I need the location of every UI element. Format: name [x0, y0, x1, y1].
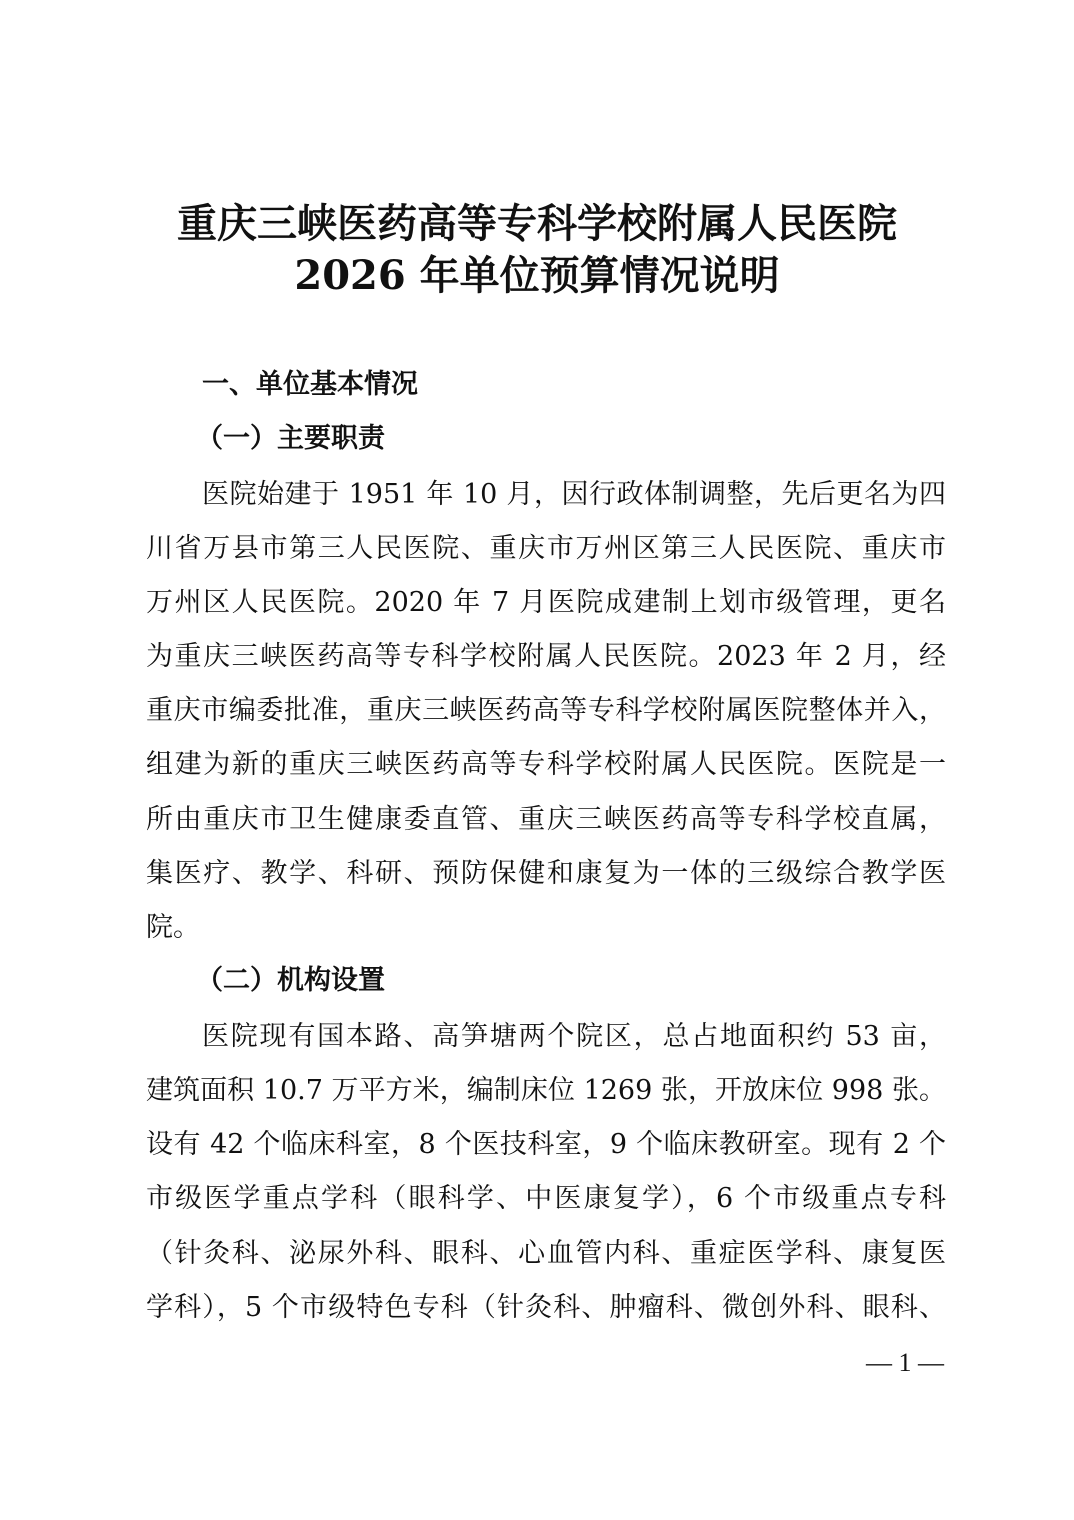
paragraph-line: 集医疗、教学、科研、预防保健和康复为一体的三级综合教学医	[146, 851, 946, 890]
paragraph-line: 设有 42 个临床科室，8 个医技科室，9 个临床教研室。现有 2 个	[146, 1122, 946, 1161]
paragraph-line: 医院始建于 1951 年 10 月，因行政体制调整，先后更名为四	[202, 472, 946, 511]
paragraph-line: 为重庆三峡医药高等专科学校附属人民医院。2023 年 2 月，经	[146, 634, 946, 673]
paragraph-line: 川省万县市第三人民医院、重庆市万州区第三人民医院、重庆市	[146, 526, 946, 565]
paragraph-line: 万州区人民医院。2020 年 7 月医院成建制上划市级管理，更名	[146, 580, 946, 619]
section-heading-basic-info: 一、单位基本情况	[202, 362, 418, 401]
paragraph-line: 医院现有国本路、高笋塘两个院区，总占地面积约 53 亩，	[202, 1014, 946, 1053]
paragraph-line: 重庆市编委批准，重庆三峡医药高等专科学校附属医院整体并入，	[146, 688, 946, 727]
paragraph-line: 市级医学重点学科（眼科学、中医康复学），6 个市级重点专科	[146, 1176, 946, 1215]
subsection-heading-duties: （一）主要职责	[196, 416, 385, 455]
paragraph-line: （针灸科、泌尿外科、眼科、心血管内科、重症医学科、康复医	[146, 1231, 946, 1270]
subsection-heading-organization: （二）机构设置	[196, 958, 385, 997]
document-title-line-1: 重庆三峡医药高等专科学校附属人民医院	[0, 192, 1074, 249]
paragraph-line: 学科），5 个市级特色专科（针灸科、肿瘤科、微创外科、眼科、	[146, 1285, 946, 1324]
paragraph-line: 组建为新的重庆三峡医药高等专科学校附属人民医院。医院是一	[146, 742, 946, 781]
paragraph-line: 院。	[146, 905, 946, 944]
page-number: — 1 —	[866, 1348, 944, 1378]
document-page: 重庆三峡医药高等专科学校附属人民医院 2026 年单位预算情况说明 一、单位基本…	[0, 0, 1074, 1520]
paragraph-line: 建筑面积 10.7 万平方米，编制床位 1269 张，开放床位 998 张。	[146, 1068, 946, 1107]
paragraph-line: 所由重庆市卫生健康委直管、重庆三峡医药高等专科学校直属，	[146, 797, 946, 836]
document-title-line-2: 2026 年单位预算情况说明	[0, 244, 1074, 301]
